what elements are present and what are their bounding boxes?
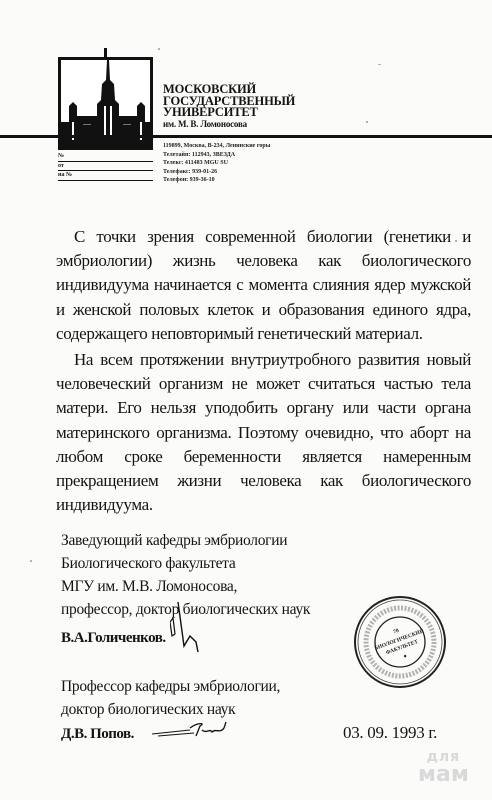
university-name-line: УНИВЕРСИТЕТ (163, 107, 295, 119)
contact-telex: Телекс: 411483 MGU SU (163, 159, 270, 168)
body-paragraph: На всем протяжении внутриутробного разви… (56, 348, 471, 517)
contact-telefax: Телефакс: 939-01-26 (163, 168, 270, 177)
handwritten-signature-1 (170, 600, 220, 670)
scan-speck (158, 48, 160, 50)
document-date: 03. 09. 1993 г. (343, 723, 437, 743)
contact-teletype: Телетайп: 112943, ЗВЕЗДА (163, 151, 270, 160)
watermark-line: мам (418, 764, 469, 786)
signatory-title-line: Профессор кафедры эмбриологии, (61, 675, 280, 698)
handwritten-signature-2 (150, 720, 240, 744)
contact-address: 119899, Москва, В-234, Ленинские горы (163, 142, 270, 151)
scan-speck (30, 560, 32, 562)
contact-info: 119899, Москва, В-234, Ленинские горы Те… (163, 142, 270, 185)
svg-text:70: 70 (393, 628, 400, 636)
body-paragraph: С точки зрения современной биологии (ген… (56, 225, 471, 346)
signatory-title-line: Биологического факультета (61, 552, 310, 575)
letter-body: С точки зрения современной биологии (ген… (56, 225, 471, 517)
signatory-title-line: доктор биологических наук (61, 698, 280, 721)
university-name: МОСКОВСКИЙ ГОСУДАРСТВЕННЫЙ УНИВЕРСИТЕТ и… (163, 84, 295, 129)
university-name-line: им. М. В. Ломоносова (163, 119, 295, 129)
registration-fields: № от на № (58, 152, 153, 181)
letterhead-rule (0, 135, 492, 138)
contact-phone: Телефон: 939-36-10 (163, 176, 270, 185)
signatory-title-line: МГУ им. М.В. Ломоносова, (61, 575, 310, 598)
signatory-title-line: Заведующий кафедры эмбриологии (61, 529, 310, 552)
reg-field-date: от (58, 162, 153, 172)
scan-speck (378, 64, 381, 65)
reg-field-number: № (58, 152, 153, 162)
reg-field-reply-to: на № (58, 171, 153, 181)
site-watermark: для мам (418, 750, 469, 786)
scan-speck (366, 121, 368, 123)
faculty-stamp: 70 БИОЛОГИЧЕСКИЙ ФАКУЛЬТЕТ (352, 594, 448, 690)
